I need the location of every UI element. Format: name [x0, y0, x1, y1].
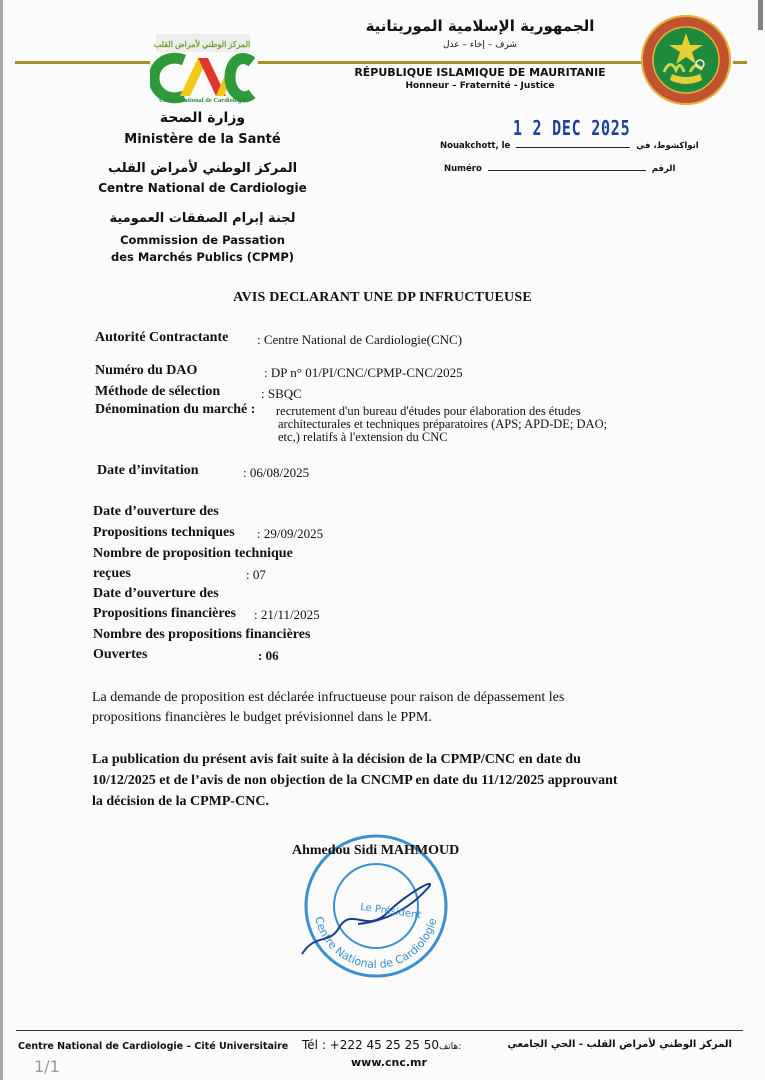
label-ouverture-fin-line2: Propositions financières	[93, 606, 236, 622]
label-invitation: Date d’invitation	[97, 463, 199, 479]
label-numero-dao: Numéro du DAO	[95, 363, 197, 379]
header-rule-left	[15, 61, 150, 64]
label-nombre-tech-line1: Nombre de proposition technique	[93, 546, 293, 562]
scan-edge-right	[758, 0, 763, 30]
value-nombre-tech: : 07	[246, 567, 266, 583]
cnc-logo-arabic: المركز الوطني لأمراض القلب	[152, 40, 252, 49]
scan-edge-left	[0, 0, 3, 1080]
paragraph-infructueuse-line2: propositions financières le budget prévi…	[92, 708, 432, 728]
paragraph-infructueuse-line1: La demande de proposition est déclarée i…	[92, 688, 564, 708]
label-ouverture-tech-line2: Propositions techniques	[93, 525, 235, 541]
ministry-arabic: وزارة الصحة	[90, 110, 315, 126]
place-date-line: Nouakchott, le انواكشوط، في	[440, 141, 699, 151]
label-ouverture-tech-line1: Date d’ouverture des	[93, 504, 219, 520]
value-autorite: : Centre National de Cardiologie(CNC)	[257, 332, 462, 348]
value-numero-dao: : DP n° 01/PI/CNC/CPMP-CNC/2025	[264, 365, 463, 381]
footer-phone-number: Tél : +222 45 25 25 50	[302, 1038, 439, 1052]
svg-text:Centre National de Cardiologie: Centre National de Cardiologie	[312, 915, 440, 971]
footer-rule	[16, 1030, 743, 1031]
footer-address-arabic: المركز الوطني لأمراض القلب - الحي الجامع…	[520, 1039, 732, 1050]
value-invitation: : 06/08/2025	[243, 465, 309, 481]
label-denomination: Dénomination du marché :	[95, 402, 255, 418]
document-title: AVIS DECLARANT UNE DP INFRUCTUEUSE	[0, 290, 765, 306]
mauritania-seal-icon	[640, 14, 732, 106]
header-rule-right	[733, 61, 747, 64]
commission-french-line1: Commission de Passation	[90, 233, 315, 247]
footer-phone: Tél : +222 45 25 25 50هاتف:	[302, 1038, 461, 1052]
commission-french-line2: des Marchés Publics (CPMP)	[90, 250, 315, 264]
motto-arabic: شرف – إخاء – عدل	[345, 40, 615, 50]
label-methode: Méthode de sélection	[95, 384, 220, 400]
footer-address-french: Centre National de Cardiologie – Cité Un…	[18, 1041, 288, 1052]
ministry-french: Ministère de la Santé	[90, 132, 315, 147]
date-blank	[516, 147, 630, 148]
value-ouverture-fin: : 21/11/2025	[254, 607, 320, 623]
place-label-arabic: انواكشوط، في	[636, 141, 698, 151]
label-nombre-tech-line2: reçues	[93, 566, 131, 582]
signatory-name: Ahmedou Sidi MAHMOUD	[292, 843, 459, 859]
value-ouverture-tech: : 29/09/2025	[257, 526, 323, 542]
label-nombre-fin-line2: Ouvertes	[93, 647, 147, 663]
value-denomination-line3: etc,) relatifs à l'extension du CNC	[278, 431, 448, 444]
header-rule-middle	[258, 61, 643, 64]
paragraph-publication-line3: la décision de la CPMP-CNC.	[92, 791, 269, 812]
number-blank	[488, 170, 646, 171]
value-methode: : SBQC	[261, 386, 302, 402]
center-arabic: المركز الوطني لأمراض القلب	[90, 161, 315, 176]
value-nombre-fin: : 06	[258, 648, 279, 664]
number-label-arabic: الرقم	[652, 164, 676, 174]
paragraph-publication-line2: 10/12/2025 et de l’avis de non objection…	[92, 770, 618, 791]
cnc-logo-caption: Centre National de Cardiologie	[150, 97, 255, 104]
commission-arabic: لجنة إبرام الصفقات العمومية	[90, 211, 315, 226]
page-mark: 1/1	[34, 1057, 60, 1076]
footer-website[interactable]: www.cnc.mr	[351, 1056, 427, 1069]
republic-french: RÉPUBLIQUE ISLAMIQUE DE MAURITANIE	[345, 66, 615, 79]
center-french: Centre National de Cardiologie	[90, 181, 315, 195]
paragraph-publication-line1: La publication du présent avis fait suit…	[92, 749, 581, 770]
motto-french: Honneur – Fraternité - Justice	[345, 81, 615, 91]
label-ouverture-fin-line1: Date d’ouverture des	[93, 586, 219, 602]
place-label: Nouakchott, le	[440, 141, 510, 151]
footer-phone-label-arabic: هاتف:	[439, 1042, 461, 1052]
date-stamp: 1 2 DEC 2025	[513, 116, 630, 140]
number-line: Numéro الرقم	[444, 164, 675, 174]
cnc-logo: المركز الوطني لأمراض القلب Centre Nation…	[150, 34, 255, 106]
label-autorite: Autorité Contractante	[95, 330, 228, 346]
republic-arabic: الجمهورية الإسلامية الموريتانية	[345, 17, 615, 35]
label-nombre-fin-line1: Nombre des propositions financières	[93, 627, 310, 643]
number-label: Numéro	[444, 164, 482, 174]
national-seal	[640, 14, 732, 106]
